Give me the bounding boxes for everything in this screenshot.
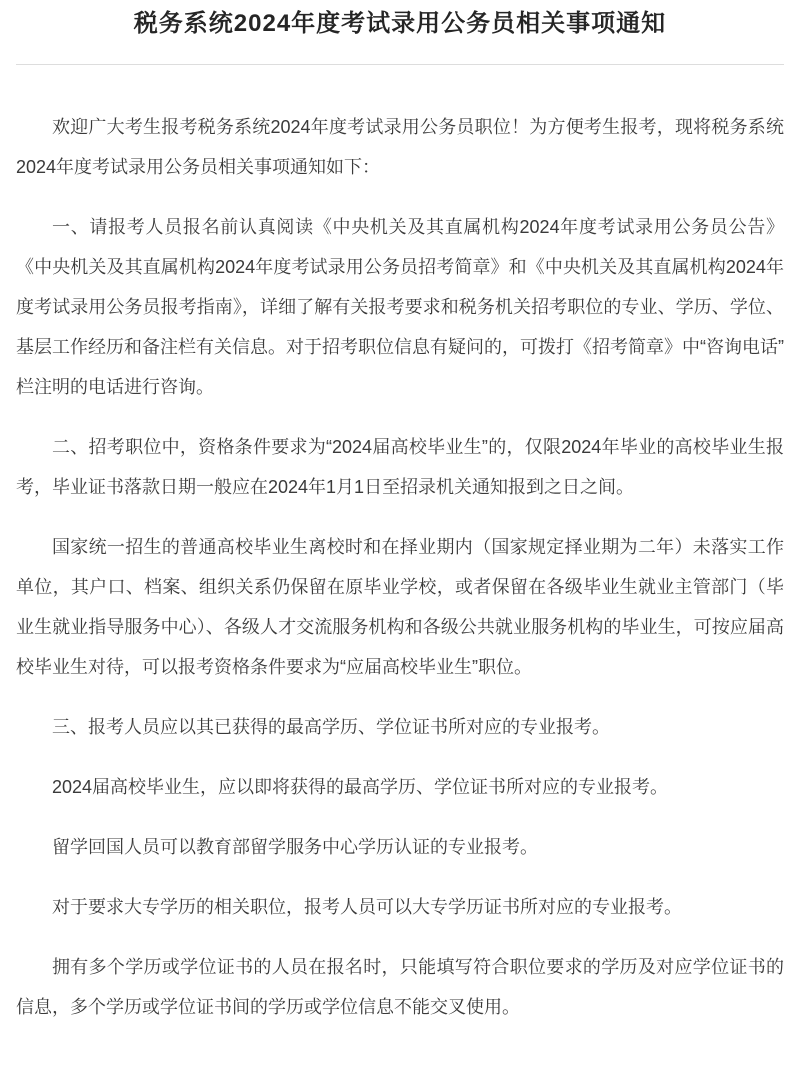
paragraph-item-3: 三、报考人员应以其已获得的最高学历、学位证书所对应的专业报考。: [16, 707, 784, 747]
notice-body: 欢迎广大考生报考税务系统2024年度考试录用公务员职位！为方便考生报考，现将税务…: [16, 65, 784, 1027]
paragraph-item-1: 一、请报考人员报名前认真阅读《中央机关及其直属机构2024年度考试录用公务员公告…: [16, 207, 784, 407]
paragraph-item-2: 二、招考职位中，资格条件要求为“2024届高校毕业生”的，仅限2024年毕业的高…: [16, 427, 784, 507]
page-title: 税务系统2024年度考试录用公务员相关事项通知: [16, 0, 784, 42]
paragraph-item-3-note1: 2024届高校毕业生，应以即将获得的最高学历、学位证书所对应的专业报考。: [16, 767, 784, 807]
paragraph-item-3-note3: 对于要求大专学历的相关职位，报考人员可以大专学历证书所对应的专业报考。: [16, 887, 784, 927]
paragraph-item-3-note2: 留学回国人员可以教育部留学服务中心学历认证的专业报考。: [16, 827, 784, 867]
paragraph-intro: 欢迎广大考生报考税务系统2024年度考试录用公务员职位！为方便考生报考，现将税务…: [16, 107, 784, 187]
notice-page: 税务系统2024年度考试录用公务员相关事项通知 欢迎广大考生报考税务系统2024…: [0, 0, 800, 1067]
paragraph-item-3-note4: 拥有多个学历或学位证书的人员在报名时，只能填写符合职位要求的学历及对应学位证书的…: [16, 947, 784, 1027]
paragraph-item-2-note: 国家统一招生的普通高校毕业生离校时和在择业期内（国家规定择业期为二年）未落实工作…: [16, 527, 784, 687]
